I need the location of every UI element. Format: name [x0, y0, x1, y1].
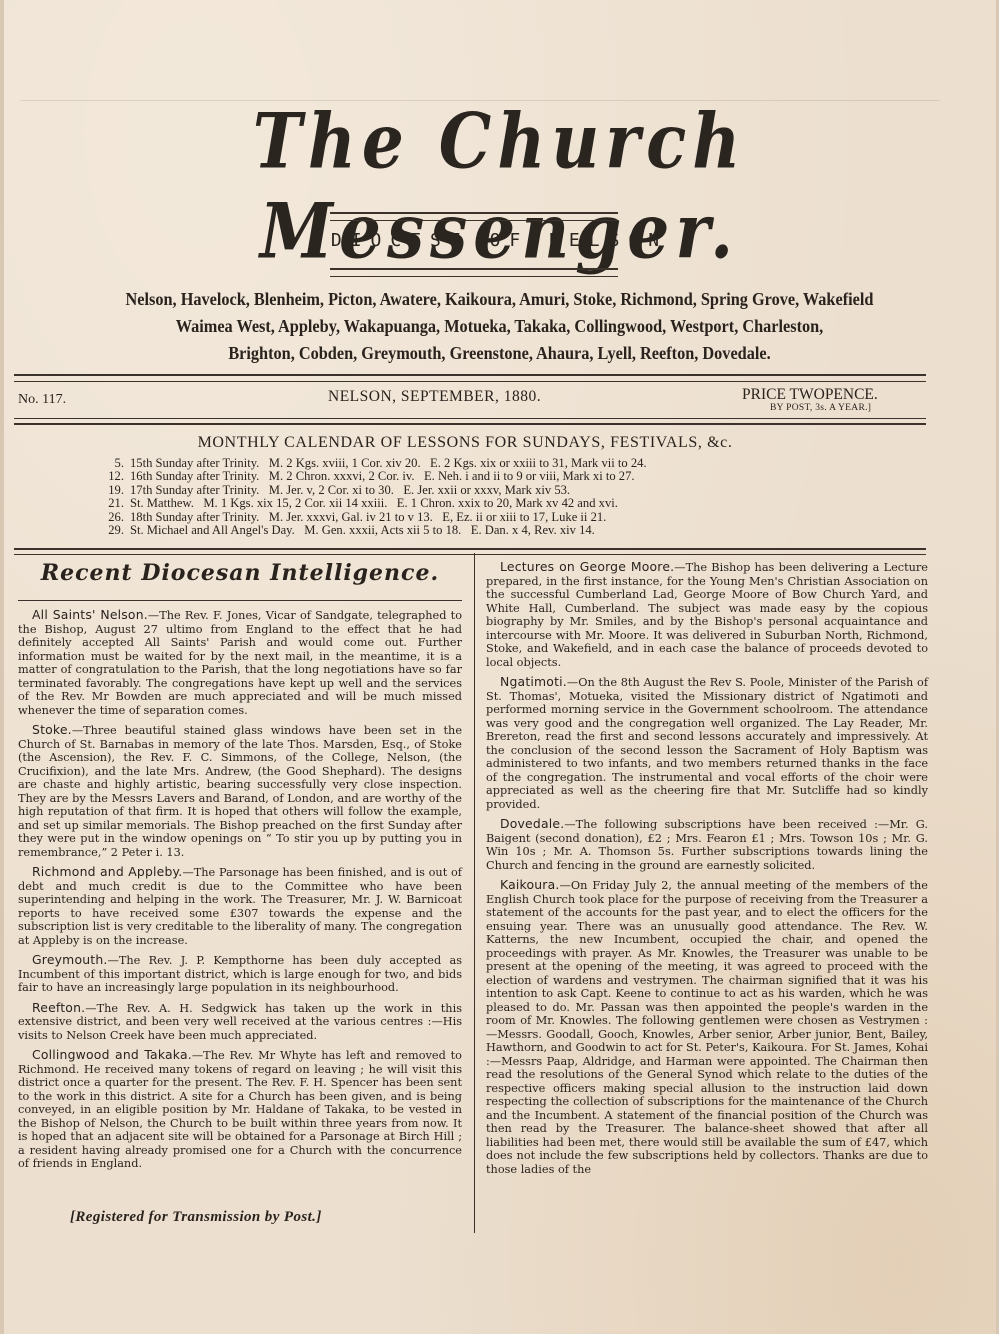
calendar-entry: 18th Sunday after Trinity. M. Jer. xxxvi… — [130, 510, 606, 524]
news-item-title: Collingwood and Takaka. — [32, 1047, 192, 1062]
calendar-entry: 16th Sunday after Trinity. M. 2 Chron. x… — [130, 469, 635, 483]
news-item-title: All Saints' Nelson. — [32, 607, 148, 622]
news-item-title: Reefton. — [32, 1000, 85, 1015]
news-item-title: Greymouth. — [32, 952, 108, 967]
right-column: Lectures on George Moore.—The Bishop has… — [486, 560, 928, 1182]
calendar-day: 5. — [104, 457, 124, 470]
calendar-entry: St. Michael and All Angel's Day. M. Gen.… — [130, 523, 595, 537]
calendar-day: 29. — [104, 524, 124, 537]
calendar-day: 19. — [104, 484, 124, 497]
calendar-day: 21. — [104, 497, 124, 510]
news-item-body: —Three beautiful stained glass windows h… — [18, 724, 462, 859]
issue-price: PRICE TWOPENCE. — [742, 386, 878, 404]
calendar-row: 12.16th Sunday after Trinity. M. 2 Chron… — [104, 470, 647, 483]
issue-price-post: BY POST, 3s. A YEAR.] — [770, 403, 871, 413]
news-item-title: Richmond and Appleby. — [32, 864, 182, 879]
parish-line: Waimea West, Appleby, Wakapuanga, Motuek… — [35, 313, 964, 340]
diocese-title: DIOCESE OF NELSON — [0, 230, 999, 251]
news-item: Ngatimoti.—On the 8th August the Rev S. … — [486, 675, 928, 811]
news-item: Lectures on George Moore.—The Bishop has… — [486, 560, 928, 669]
calendar-row: 19.17th Sunday after Trinity. M. Jer. v,… — [104, 484, 647, 497]
news-item: Richmond and Appleby.—The Parsonage has … — [18, 865, 462, 947]
calendar-entry: 15th Sunday after Trinity. M. 2 Kgs. xvi… — [130, 456, 647, 470]
calendar-title: MONTHLY CALENDAR OF LESSONS FOR SUNDAYS,… — [0, 434, 930, 452]
diocese-rule — [330, 268, 618, 277]
issue-rule — [14, 418, 926, 425]
calendar-row: 21.St. Matthew. M. 1 Kgs. xix 15, 2 Cor.… — [104, 497, 647, 510]
masthead-rule — [330, 212, 618, 221]
issue-number: No. 117. — [18, 392, 66, 408]
news-item: Greymouth.—The Rev. J. P. Kempthorne has… — [18, 953, 462, 995]
news-item: Dovedale.—The following subscriptions ha… — [486, 817, 928, 872]
news-item-body: —On the 8th August the Rev S. Poole, Min… — [486, 676, 928, 811]
section-heading: Recent Diocesan Intelligence. — [18, 560, 462, 586]
column-divider — [474, 553, 475, 1233]
issue-dateline: NELSON, SEPTEMBER, 1880. — [328, 388, 541, 406]
parish-line: Nelson, Havelock, Blenheim, Picton, Awat… — [35, 286, 964, 313]
news-item-title: Dovedale. — [500, 816, 564, 831]
calendar-day: 26. — [104, 511, 124, 524]
calendar-row: 26.18th Sunday after Trinity. M. Jer. xx… — [104, 511, 647, 524]
news-item-body: —On Friday July 2, the annual meeting of… — [486, 879, 928, 1176]
registered-notice: [Registered for Transmission by Post.] — [70, 1209, 322, 1226]
parish-list: Nelson, Havelock, Blenheim, Picton, Awat… — [35, 286, 964, 367]
left-column: All Saints' Nelson.—The Rev. F. Jones, V… — [18, 608, 462, 1177]
news-item-body: —The Bishop has been delivering a Lectur… — [486, 561, 928, 669]
news-item-body: —The Rev. F. Jones, Vicar of Sandgate, t… — [18, 609, 462, 717]
news-item-body: —The Rev. Mr Whyte has left and removed … — [18, 1049, 462, 1170]
news-item: All Saints' Nelson.—The Rev. F. Jones, V… — [18, 608, 462, 717]
calendar-row: 29.St. Michael and All Angel's Day. M. G… — [104, 524, 647, 537]
news-item: Reefton.—The Rev. A. H. Sedgwick has tak… — [18, 1001, 462, 1043]
section-rule — [18, 600, 462, 601]
calendar-entry: 17th Sunday after Trinity. M. Jer. v, 2 … — [130, 483, 570, 497]
issue-rule — [14, 374, 926, 382]
news-item-body: —The Rev. A. H. Sedgwick has taken up th… — [18, 1002, 462, 1042]
news-item-title: Kaikoura. — [500, 877, 560, 892]
parish-line: Brighton, Cobden, Greymouth, Greenstone,… — [35, 340, 964, 367]
calendar-list: 5.15th Sunday after Trinity. M. 2 Kgs. x… — [104, 457, 647, 537]
calendar-rule — [14, 548, 926, 555]
calendar-row: 5.15th Sunday after Trinity. M. 2 Kgs. x… — [104, 457, 647, 470]
news-item: Collingwood and Takaka.—The Rev. Mr Whyt… — [18, 1048, 462, 1171]
calendar-entry: St. Matthew. M. 1 Kgs. xix 15, 2 Cor. xi… — [130, 496, 618, 510]
calendar-day: 12. — [104, 470, 124, 483]
news-item-title: Ngatimoti. — [500, 674, 567, 689]
news-item: Kaikoura.—On Friday July 2, the annual m… — [486, 878, 928, 1176]
news-item-title: Lectures on George Moore. — [500, 559, 674, 574]
news-item-title: Stoke. — [32, 722, 72, 737]
newspaper-page: ​ The Church Messenger. DIOCESE OF NELSO… — [0, 0, 999, 1334]
news-item: Stoke.—Three beautiful stained glass win… — [18, 723, 462, 859]
